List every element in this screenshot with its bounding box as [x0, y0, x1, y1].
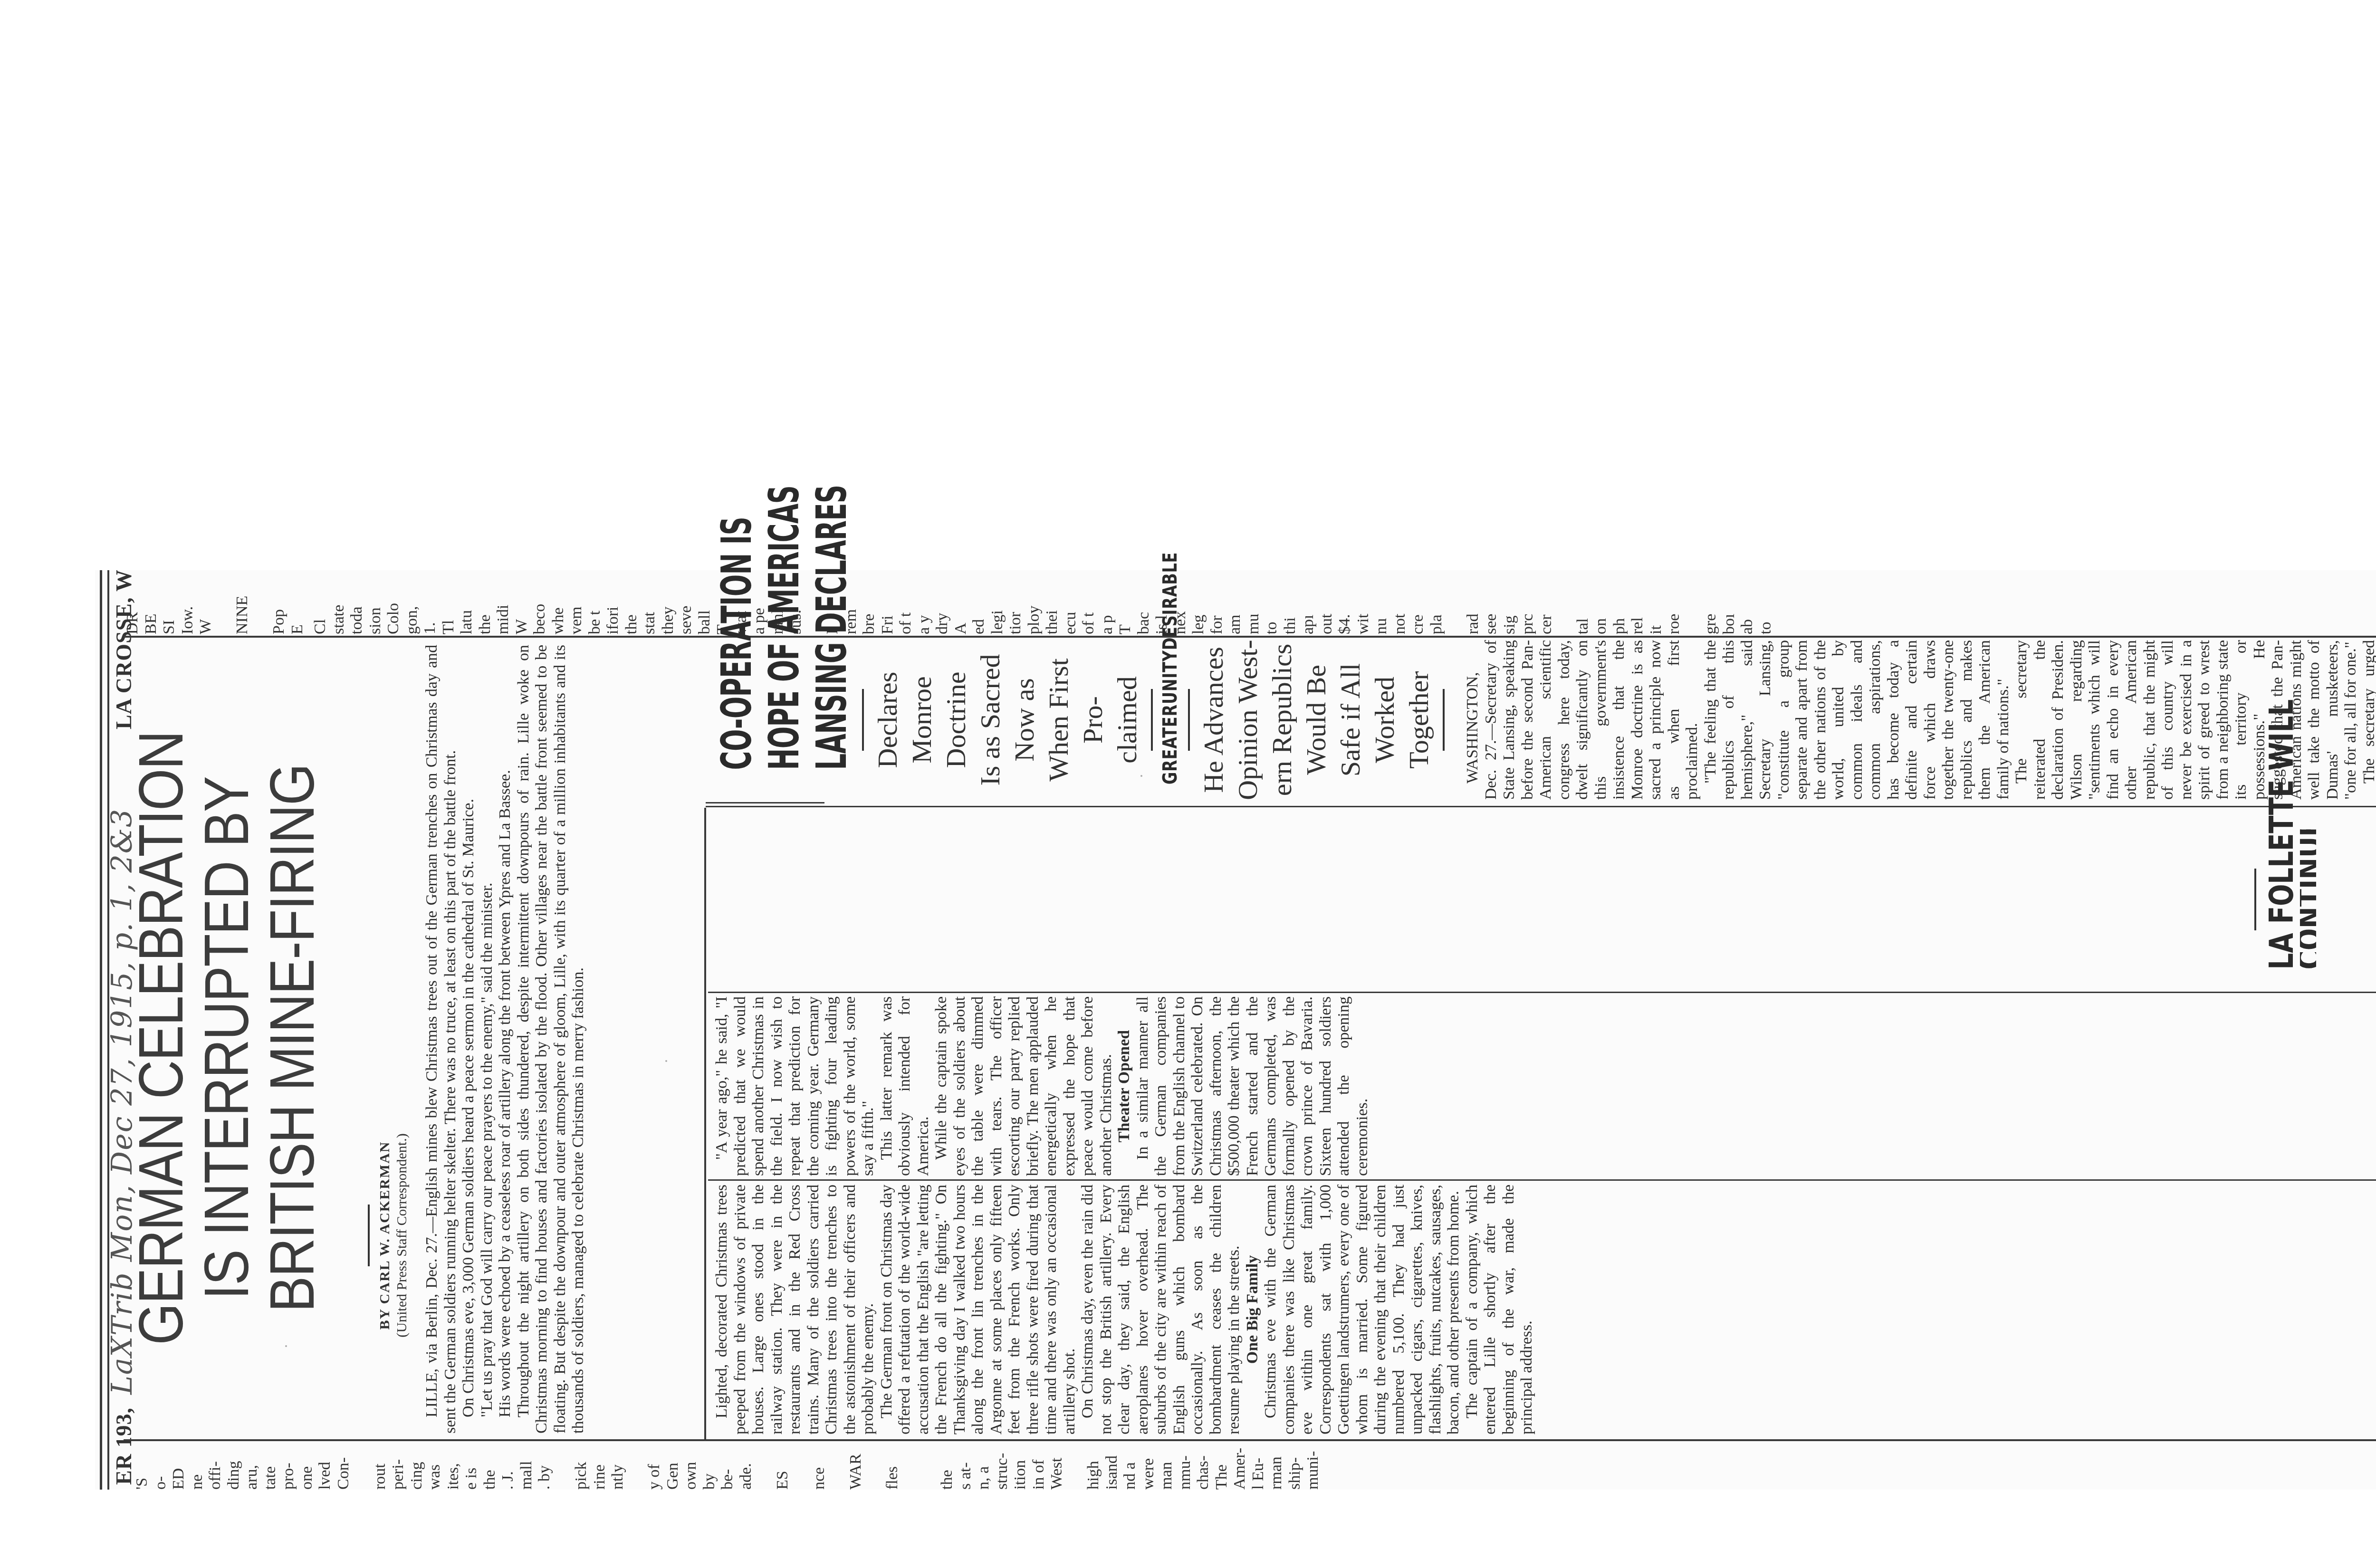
fragment-line: tate [261, 1442, 280, 1490]
lansing-double-rule-2 [706, 802, 824, 803]
fragment-line: nce [810, 1442, 829, 1490]
fragment-line: E [288, 570, 307, 634]
fragment-line: o- [152, 1442, 170, 1490]
lansing-rule-2 [1151, 689, 1153, 751]
fragment-line: Tl [440, 570, 458, 634]
fragment-line [755, 1442, 774, 1490]
fragment-line: mall [517, 1442, 536, 1490]
fragment-line: bre [860, 570, 879, 634]
fragment-line: rman [1267, 1442, 1286, 1490]
fragment-line [215, 570, 234, 634]
fragment-line: pick [572, 1442, 591, 1490]
left-fragment-lines: 'So-EDneoffi-dingaru,tatepro-onelvedCon-… [133, 1442, 1322, 1490]
fragment-line: SI [160, 570, 179, 634]
fragment-line: a y [915, 570, 934, 634]
lansing-rule-4 [1443, 689, 1445, 751]
fragment-line [554, 1442, 573, 1490]
lansing-headline-3: LANSING DECLARES [808, 670, 855, 770]
fragment-line: the [938, 1442, 957, 1490]
fragment-line: 'S [133, 1442, 152, 1490]
lafollette-headline: LA FOLLETTE WILL [2263, 830, 2300, 970]
fragment-line: seve [677, 570, 696, 634]
fragment-line: ade. [737, 1442, 756, 1490]
fragment-line: nmu- [1176, 1442, 1195, 1490]
fragment-line: gon, [403, 570, 422, 634]
lafollette-headline-cut: CONTINUE SPEAKING [2300, 830, 2316, 970]
fragment-line: legi [988, 570, 1007, 634]
fragment-line: ding [225, 1442, 243, 1490]
fragment-line: e is [462, 1442, 481, 1490]
fragment-line [252, 570, 270, 634]
fragment-line: rout [371, 1442, 390, 1490]
fragment-line: rel [1629, 570, 1647, 634]
fragment-line: ED [170, 1442, 188, 1490]
paper-speck [665, 1060, 667, 1062]
fragment-line: chas- [1194, 1442, 1213, 1490]
fragment-line: tal [1574, 570, 1592, 634]
fragment-line: Fri [879, 570, 897, 634]
fragment-line: man [1158, 1442, 1176, 1490]
fragment-line [1446, 570, 1464, 634]
paragraph: "A year ago," he said, "I predicted that… [713, 996, 878, 1176]
fragment-line: one [298, 1442, 316, 1490]
headline-line-2: IS INTERRUPTED BY [194, 695, 259, 1382]
fragment-line: ball [696, 570, 714, 634]
fragment-line [1684, 570, 1702, 634]
fragment-line: high [1084, 1442, 1103, 1490]
fragment-line: ES [774, 1442, 792, 1490]
fragment-line: prc [1519, 570, 1537, 634]
german-col-1: Lighted, decorated Christmas trees peepe… [713, 1185, 2376, 1434]
fragment-line: Pop [270, 570, 288, 634]
fragment-line: n, a [975, 1442, 993, 1490]
fragment-line: whe [549, 570, 568, 634]
paper-speck [1140, 775, 1142, 777]
paragraph: While the captain spoke eyes of the sold… [932, 996, 1115, 1176]
paragraph: This latter remark was obviously intende… [878, 996, 933, 1176]
fragment-line: DR [124, 570, 142, 634]
lansing-deck-2: He Advances Opinion West- ern Republics … [1197, 639, 1436, 801]
fragment-line: ifori [604, 570, 623, 634]
fragment-line: in of [1030, 1442, 1048, 1490]
paragraph: The secretary reiterated the declaration… [2012, 640, 2360, 800]
paragraph: In a similar manner all the German compa… [1134, 996, 1372, 1176]
fragment-line: not [1391, 570, 1409, 634]
fragment-line: NINE [233, 570, 252, 634]
fragment-line [920, 1442, 939, 1490]
section-divider-left [704, 808, 706, 1440]
fragment-line: the [623, 570, 641, 634]
fragment-line: out [1318, 570, 1336, 634]
fragment-line: thi [1281, 570, 1300, 634]
paragraph: The German front on Christmas day offere… [878, 1185, 1079, 1434]
fragment-line: ed [970, 570, 988, 634]
fragment-line [627, 1442, 646, 1490]
fragment-line: cing [408, 1442, 426, 1490]
fragment-line: West [1048, 1442, 1066, 1490]
fragment-line: 1. [421, 570, 440, 634]
paragraph: Christmas eve with the German companies … [1262, 1185, 1463, 1434]
paragraph: On Christmas day, even the rain did not … [1079, 1185, 1244, 1434]
lansing-rule-3 [1188, 689, 1190, 751]
fragment-line: ploy [1025, 570, 1044, 634]
fragment-line: am [1226, 570, 1245, 634]
fragment-line: Cl [311, 570, 330, 634]
fragment-line: ecu [1062, 570, 1080, 634]
newspaper-clipping: ER 193, LaXTrib Mon, Dec 27, 1915, p. 1,… [95, 570, 2376, 1490]
fragment-line: cre [1409, 570, 1428, 634]
fragment-line: y of [645, 1442, 664, 1490]
fragment-line: A [952, 570, 970, 634]
paragraph: On Christmas eve, 3,000 German soldiers … [460, 645, 478, 1434]
fragment-line: the [476, 570, 495, 634]
fragment-line: gre [1702, 570, 1720, 634]
fragment-line: see [1482, 570, 1501, 634]
fragment-line: W [513, 570, 531, 634]
byline-affiliation: (United Press Staff Correspondent.) [393, 1033, 411, 1437]
headline-line-1: GERMAN CELEBRATION [128, 695, 194, 1382]
lansing-deck-1: Declares Monroe Doctrine Is as Sacred No… [871, 639, 1144, 801]
right-fragment-lines: ClstatetodasionCologon,1.TllatuthemidiWb… [311, 570, 1775, 634]
fragment-line: mu [1245, 570, 1263, 634]
fragment-line: dry [933, 570, 952, 634]
fragment-line: pla [1428, 570, 1446, 634]
headline-line-3: BRITISH MINE-FIRING [259, 695, 325, 1382]
fragment-line: sig [1501, 570, 1519, 634]
fragment-line: The [1213, 1442, 1231, 1490]
german-story-lead: LILLE, via Berlin, Dec. 27.—English mine… [423, 645, 703, 1434]
subheading: One Big Family [1244, 1185, 1262, 1434]
fragment-line: own [682, 1442, 700, 1490]
fragment-line: struc- [993, 1442, 1012, 1490]
german-col-3 [713, 810, 2376, 989]
fragment-line: of t [897, 570, 915, 634]
fragment-line: offi- [206, 1442, 225, 1490]
fragment-line: ne [188, 1442, 207, 1490]
fragment-line: ph [1610, 570, 1629, 634]
fragment-line: nd a [1121, 1442, 1140, 1490]
fragment-line: midi [494, 570, 513, 634]
fragment-line: a p [1098, 570, 1117, 634]
fragment-line: on [1592, 570, 1610, 634]
fragment-line: T [1116, 570, 1135, 634]
fragment-line: . by [536, 1442, 554, 1490]
paper-speck [285, 1345, 287, 1347]
fragment-line: beco [531, 570, 549, 634]
fragment-line: roe [1665, 570, 1684, 634]
fragment-line: cer [1537, 570, 1556, 634]
fragment-line [865, 1442, 883, 1490]
fragment-line [1555, 570, 1574, 634]
fragment-line: Colo [384, 570, 403, 634]
paragraph: "Let us pray that God will carry our pea… [478, 645, 497, 1434]
fragment-line: vem [567, 570, 586, 634]
fragment-line: to [1263, 570, 1281, 634]
fragment-line [828, 1442, 847, 1490]
lansing-headline-1: CO-OPERATION IS [713, 670, 760, 770]
fragment-line: WAR [847, 1442, 865, 1490]
fragment-line: stat [641, 570, 659, 634]
fragment-line: ship- [1286, 1442, 1304, 1490]
paragraph: Lighted, decorated Christmas trees peepe… [713, 1185, 878, 1434]
fragment-line: it [1647, 570, 1666, 634]
right-fragment-headlines: DRBESIIow.W NINE PopE [124, 570, 307, 634]
fragment-line: be t [586, 570, 604, 634]
fragment-line: toda [348, 570, 366, 634]
paragraph: "The feeling that the republics of this … [1702, 640, 2013, 800]
fragment-line: sion [366, 570, 385, 634]
german-col-2: "A year ago," he said, "I predicted that… [713, 996, 2376, 1176]
fragment-line: leg [1189, 570, 1208, 634]
byline-block: BY CARL W. ACKERMAN (United Press Staff … [361, 1033, 411, 1437]
fragment-line [901, 1442, 920, 1490]
paragraph: LILLE, via Berlin, Dec. 27.—English mine… [423, 645, 460, 1434]
paragraph: The captain of a company, which entered … [1463, 1185, 1536, 1434]
fragment-line: was [426, 1442, 444, 1490]
fragment-line: W [197, 570, 215, 634]
masthead-rule-outer [100, 570, 102, 1490]
fragment-line: BE [142, 570, 161, 634]
fragment-line: be- [719, 1442, 737, 1490]
fragment-line [353, 1442, 371, 1490]
fragment-line: lved [316, 1442, 335, 1490]
fragment-line: by [700, 1442, 719, 1490]
paragraph: The secretary urged more than cooperatio… [2360, 640, 2376, 800]
fragment-line: of t [1080, 570, 1098, 634]
fragment-line: bac [1135, 570, 1153, 634]
paragraph: Throughout the night artillery on both s… [515, 645, 588, 1434]
fragment-line: Iow. [179, 570, 197, 634]
fragment-line: isand [1103, 1442, 1121, 1490]
fragment-line: pro- [279, 1442, 298, 1490]
byline-author: BY CARL W. ACKERMAN [377, 1141, 393, 1330]
lansing-story-header: CO-OPERATION IS HOPE OF AMERICAS LANSING… [713, 639, 1451, 801]
fragment-line: wit [1354, 570, 1373, 634]
fragment-line: ition [1011, 1442, 1030, 1490]
lafollette-rule [2254, 869, 2256, 930]
fragment-line: state [330, 570, 348, 634]
right-fragment-strip: DRBESIIow.W NINE PopE ClstatetodasionCol… [124, 570, 2376, 634]
byline-rule [368, 1205, 370, 1266]
fragment-line: fles [883, 1442, 902, 1490]
fragment-line: muni- [1304, 1442, 1322, 1490]
subheading: Theater Opened [1115, 996, 1134, 1176]
fragment-line: ntly [609, 1442, 627, 1490]
fragment-line: s at- [957, 1442, 975, 1490]
left-fragment-column: 'So-EDneoffi-dingaru,tatepro-onelvedCon-… [133, 1442, 2376, 1490]
fragment-line [1066, 1442, 1085, 1490]
lansing-rule-1 [862, 689, 864, 751]
fragment-line: aru, [243, 1442, 261, 1490]
fragment-line: $4. [1336, 570, 1354, 634]
fragment-line [792, 1442, 810, 1490]
lansing-story-body: WASHINGTON, Dec. 27.—Secretary of State … [1464, 640, 2376, 800]
fragment-line: l Eu- [1249, 1442, 1268, 1490]
fragment-line: ab [1738, 570, 1757, 634]
lansing-headline-2: HOPE OF AMERICAS [760, 670, 808, 770]
fragment-line: to [1757, 570, 1775, 634]
fragment-line: ites, [444, 1442, 463, 1490]
fragment-line: Gen [664, 1442, 682, 1490]
fragment-line: were [1140, 1442, 1158, 1490]
column-divider-1 [708, 1179, 2376, 1181]
fragment-line: peri- [389, 1442, 408, 1490]
right-column-divider [124, 636, 2376, 638]
paragraph: His words were echoed by a ceaseless roa… [496, 645, 515, 1434]
left-column-divider [124, 1439, 2376, 1441]
fragment-line: . J. [499, 1442, 517, 1490]
fragment-line: apı [1299, 570, 1318, 634]
german-story-headline: GERMAN CELEBRATION IS INTERRUPTED BY BRI… [128, 639, 325, 1437]
lansing-deck-bold: GREATER UNITY DESIRABLE [1159, 655, 1181, 784]
paragraph: WASHINGTON, Dec. 27.—Secretary of State … [1464, 640, 1702, 800]
fragment-line: nu [1372, 570, 1391, 634]
fragment-line: Amer- [1231, 1442, 1249, 1490]
fragment-line: for [1208, 570, 1226, 634]
column-divider-2 [708, 992, 2376, 993]
fragment-line: rine [591, 1442, 609, 1490]
fragment-line: rad [1464, 570, 1483, 634]
lafollette-headline-block: LA FOLLETTE WILL CONTINUE SPEAKING [2248, 810, 2316, 989]
fragment-line: boı [1720, 570, 1739, 634]
fragment-line: thei [1043, 570, 1062, 634]
fragment-line: the [481, 1442, 499, 1490]
fragment-line: they [659, 570, 678, 634]
fragment-line: tior [1006, 570, 1025, 634]
fragment-line: Con- [335, 1442, 353, 1490]
lansing-double-rule-1 [706, 806, 2376, 807]
fragment-line: latu [458, 570, 476, 634]
